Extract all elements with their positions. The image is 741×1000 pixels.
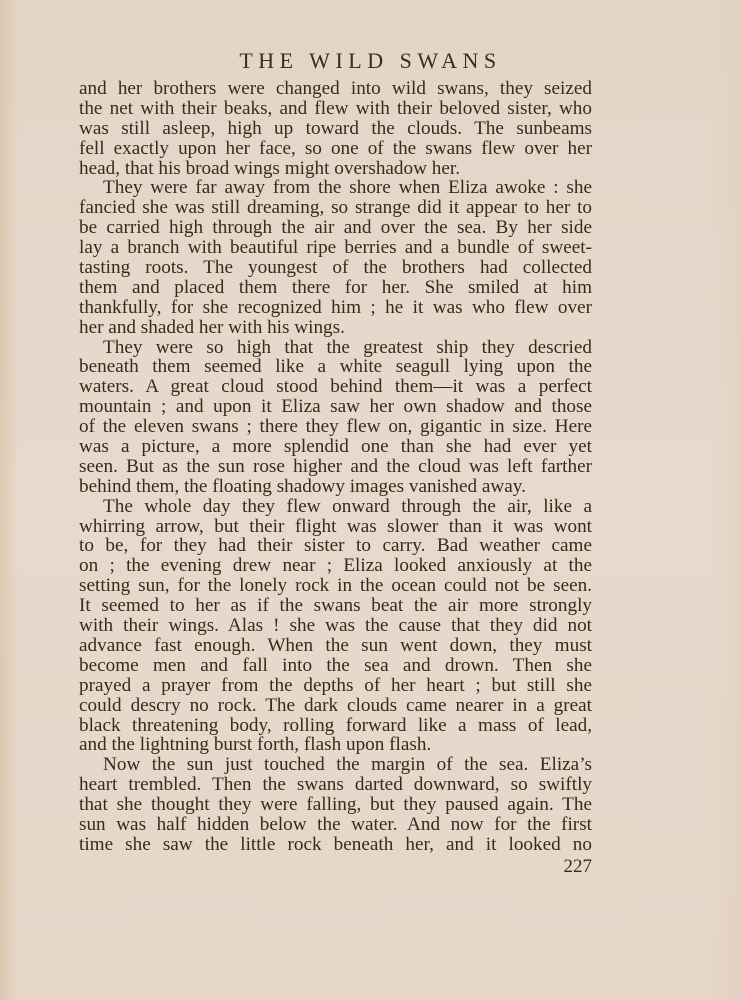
text-line: They were so high that the greatest ship… <box>79 338 592 358</box>
text-line: to be, for they had their sister to carr… <box>79 536 592 556</box>
text-line: behind them, the floating shadowy images… <box>79 477 592 497</box>
paragraph-1: and her brothers were changed into wild … <box>79 79 592 178</box>
text-line: waters. A great cloud stood behind them—… <box>79 377 592 397</box>
text-line: fell exactly upon her face, so one of th… <box>79 139 592 159</box>
body-text: and her brothers were changed into wild … <box>79 79 592 855</box>
text-line: and the lightning burst forth, flash upo… <box>79 735 592 755</box>
text-line: was a picture, a more splendid one than … <box>79 437 592 457</box>
text-line: black threatening body, rolling forward … <box>79 716 592 736</box>
text-line: time she saw the little rock beneath her… <box>79 835 592 855</box>
text-line: Now the sun just touched the margin of t… <box>79 755 592 775</box>
text-line: whirring arrow, but their flight was slo… <box>79 517 592 537</box>
text-line: It seemed to her as if the swans beat th… <box>79 596 592 616</box>
text-line: The whole day they flew onward through t… <box>79 497 592 517</box>
paragraph-3: They were so high that the greatest ship… <box>79 338 592 497</box>
text-line: them and placed them there for her. She … <box>79 278 592 298</box>
text-line: head, that his broad wings might oversha… <box>79 159 592 179</box>
text-line: of the eleven swans ; there they flew on… <box>79 417 592 437</box>
paragraph-4: The whole day they flew onward through t… <box>79 497 592 756</box>
text-line: and her brothers were changed into wild … <box>79 79 592 99</box>
text-line: thankfully, for she recognized him ; he … <box>79 298 592 318</box>
page-number: 227 <box>556 856 592 878</box>
text-line: her and shaded her with his wings. <box>79 318 592 338</box>
text-line: heart trembled. Then the swans darted do… <box>79 775 592 795</box>
text-line: with their wings. Alas ! she was the cau… <box>79 616 592 636</box>
text-line: could descry no rock. The dark clouds ca… <box>79 696 592 716</box>
text-line: advance fast enough. When the sun went d… <box>79 636 592 656</box>
text-line: was still asleep, high up toward the clo… <box>79 119 592 139</box>
text-line: prayed a prayer from the depths of her h… <box>79 676 592 696</box>
text-line: become men and fall into the sea and dro… <box>79 656 592 676</box>
text-line: the net with their beaks, and flew with … <box>79 99 592 119</box>
text-line: setting sun, for the lonely rock in the … <box>79 576 592 596</box>
text-line: sun was half hidden below the water. And… <box>79 815 592 835</box>
text-line: lay a branch with beautiful ripe berries… <box>79 238 592 258</box>
text-line: seen. But as the sun rose higher and the… <box>79 457 592 477</box>
text-line: fancied she was still dreaming, so stran… <box>79 198 592 218</box>
text-line: beneath them seemed like a white seagull… <box>79 357 592 377</box>
text-line: be carried high through the air and over… <box>79 218 592 238</box>
running-head: THE WILD SWANS <box>0 48 741 74</box>
paragraph-2: They were far away from the shore when E… <box>79 178 592 337</box>
paragraph-5: Now the sun just touched the margin of t… <box>79 755 592 854</box>
text-line: They were far away from the shore when E… <box>79 178 592 198</box>
text-line: mountain ; and upon it Eliza saw her own… <box>79 397 592 417</box>
text-line: tasting roots. The youngest of the broth… <box>79 258 592 278</box>
text-line: that she thought they were falling, but … <box>79 795 592 815</box>
text-line: on ; the evening drew near ; Eliza looke… <box>79 556 592 576</box>
